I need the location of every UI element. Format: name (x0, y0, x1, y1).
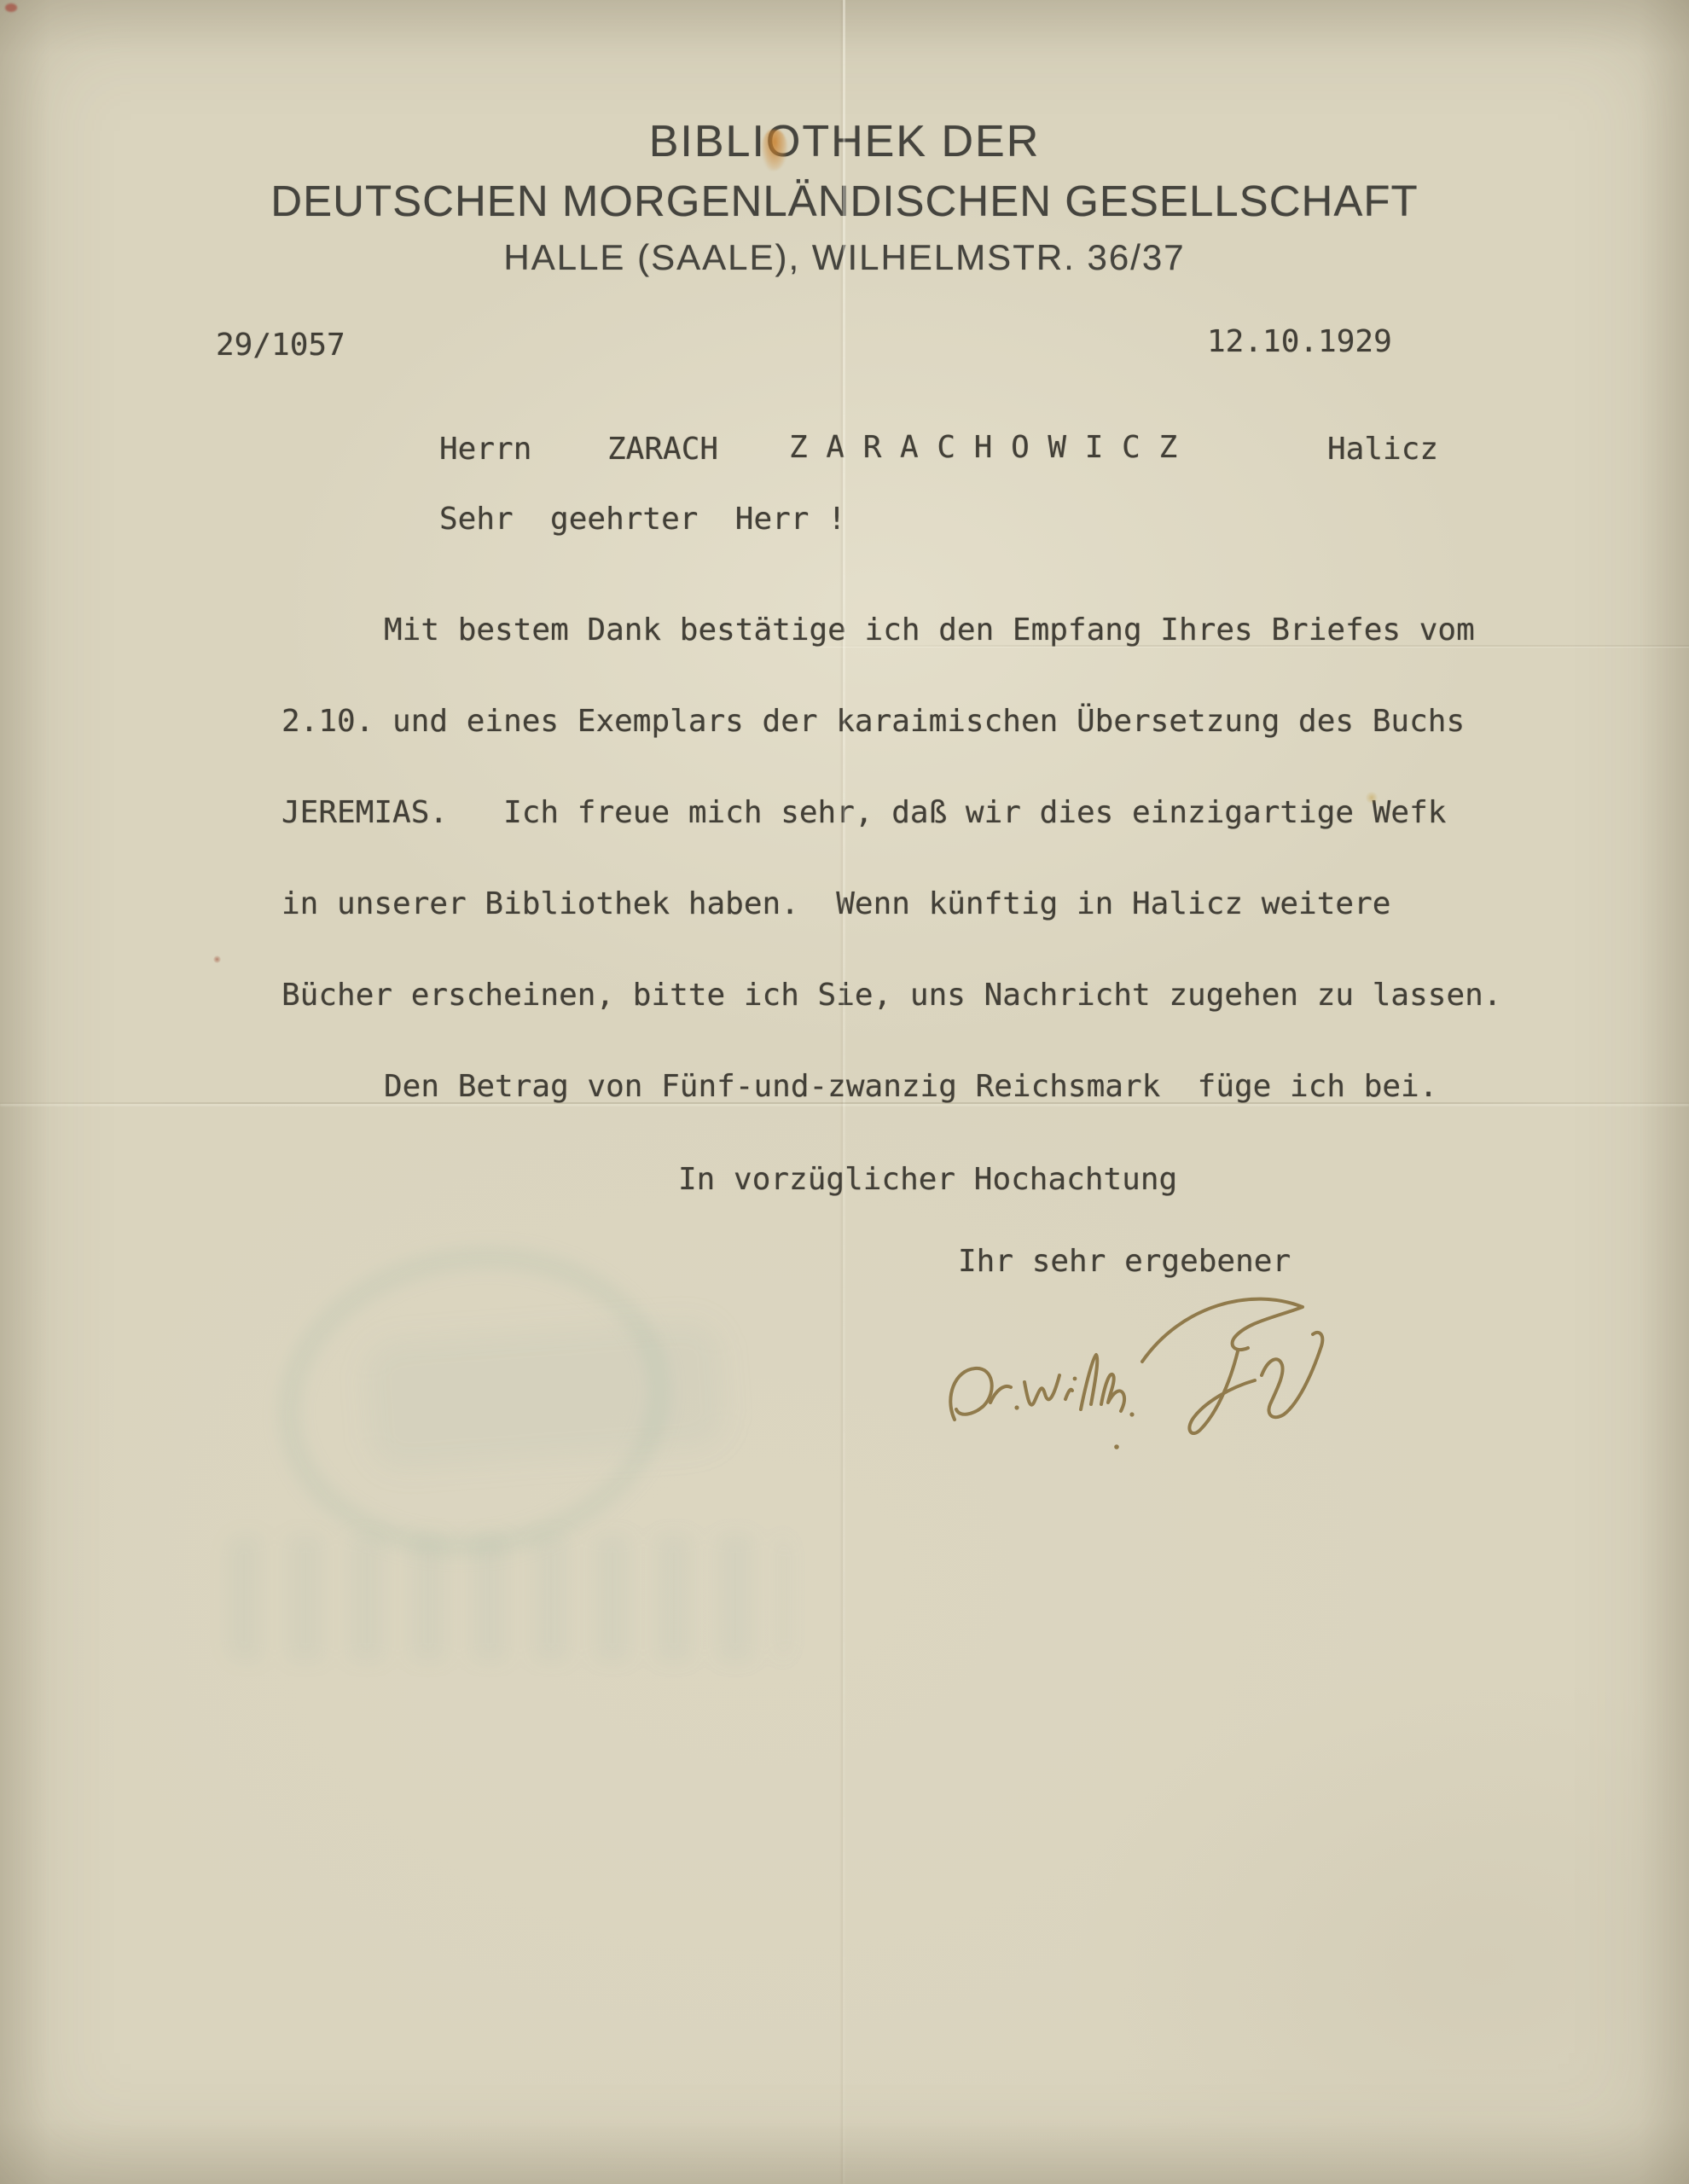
verso-show-through (226, 1534, 789, 1662)
horizontal-fold-crease (0, 1102, 1689, 1104)
verso-show-through (363, 1319, 728, 1472)
body-line: JEREMIAS. Ich freue mich sehr, daß wir d… (281, 795, 1446, 830)
reference-number: 29/1057 (216, 328, 345, 363)
letter-date: 12.10.1929 (1207, 324, 1392, 359)
body-line: in unserer Bibliothek haben. Wenn künfti… (281, 886, 1390, 921)
horizontal-fold-crease (819, 645, 1689, 647)
body-line: Mit bestem Dank bestätige ich den Empfan… (384, 613, 1475, 648)
recipient-prefix: Herrn (439, 432, 531, 467)
scanned-letter-page: BIBLIOTHEK DER DEUTSCHEN MORGENLÄNDISCHE… (0, 0, 1689, 2184)
vertical-fold-crease (843, 0, 845, 2184)
recipient-city: Halicz (1327, 432, 1438, 467)
paper-speck (1365, 792, 1378, 804)
recipient-first-name: ZARACH (607, 432, 718, 467)
handwritten-signature (934, 1273, 1344, 1461)
greeting-line: Sehr geehrter Herr ! (439, 502, 846, 537)
paper-speck (213, 955, 221, 963)
paper-speck (5, 3, 17, 12)
closing-salutation: In vorzüglicher Hochachtung (678, 1162, 1177, 1197)
body-line: Den Betrag von Fünf-und-zwanzig Reichsma… (384, 1069, 1437, 1104)
body-line: Bücher erscheinen, bitte ich Sie, uns Na… (281, 978, 1501, 1013)
recipient-surname: Z A R A C H O W I C Z (789, 430, 1177, 465)
body-line: 2.10. und eines Exemplars der karaimisch… (281, 704, 1465, 739)
